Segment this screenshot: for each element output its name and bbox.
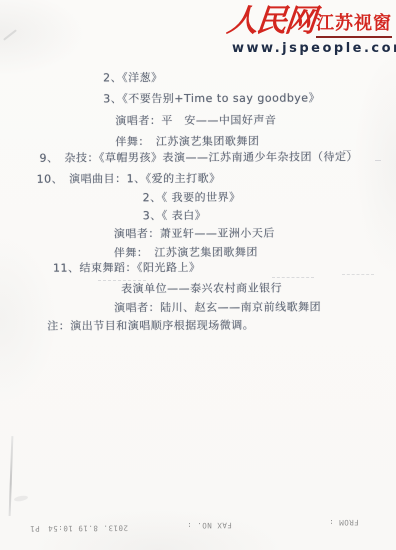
doc-line: 2、《洋葱》 [103, 71, 163, 85]
doc-line: 3、《 表白》 [143, 209, 207, 223]
doc-line: 伴舞： 江苏演艺集团歌舞团 [115, 135, 259, 150]
doc-line: 注：演出节目和演唱顺序根据现场微调。 [47, 319, 254, 334]
doc-line: 2、《 我要的世界》 [143, 191, 241, 205]
doc-line: 伴舞： 江苏演艺集团歌舞团 [114, 246, 258, 261]
scanned-document-page: 人民网 江苏视窗 www.jspeople.com 2、《洋葱》3、《不要告别+… [0, 0, 396, 550]
doc-line: 演唱者：陆川、赵玄——南京前线歌舞团 [114, 300, 321, 315]
doc-line: 3、《不要告别+Time to say goodbye》 [103, 91, 320, 106]
doc-line: 9、 杂技：《草帽男孩》表演——江苏南通少年杂技团（待定） [39, 150, 358, 165]
doc-line: 表演单位——泰兴农村商业银行 [121, 282, 282, 297]
program-list: 2、《洋葱》3、《不要告别+Time to say goodbye》演唱者：平 … [0, 0, 396, 550]
doc-line: 10、 演唱曲目：1、《爱的主打歌》 [37, 172, 221, 187]
doc-line: 演唱者：萧亚轩——亚洲小天后 [114, 227, 275, 242]
doc-line: 11、结束舞蹈：《阳光路上》 [53, 261, 201, 276]
doc-line: 演唱者：平 安——中国好声音 [115, 114, 276, 129]
